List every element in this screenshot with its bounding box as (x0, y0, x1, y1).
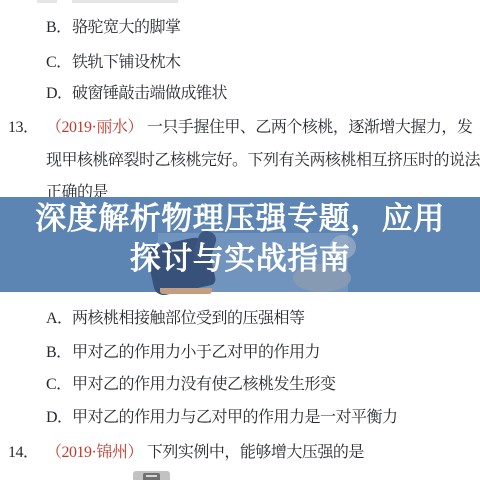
question-14-line1: 14．（2019·锦州）下列实例中，能够增大压强的是 (8, 443, 364, 462)
option-text: 铁轨下铺设枕木 (72, 54, 181, 71)
q13-option-c-row: C．甲对乙的作用力没有使乙核桃发生形变 (46, 375, 336, 394)
question-14-figure-clipped (133, 471, 170, 480)
question-text: 现甲核桃碎裂时乙核桃完好。下列有关两核桃相互挤压时的说法 (46, 152, 480, 169)
option-text: 破窗锤敲击端做成锥状 (72, 85, 227, 102)
banner-title: 深度解析物理压强专题，应用 探讨与实战指南 (0, 199, 480, 279)
q13-option-b-row: B．甲对乙的作用力小于乙对甲的作用力 (46, 343, 320, 362)
question-source-tag: （2019·丽水） (46, 119, 143, 136)
clipped-previous-line-fragment (72, 0, 178, 3)
worksheet-page: B．骆驼宽大的脚掌 C．铁轨下铺设枕木 D．破窗锤敲击端做成锥状 13．（201… (0, 0, 480, 480)
option-text: 甲对乙的作用力与乙对甲的作用力是一对平衡力 (72, 409, 398, 426)
prev-option-b-row: B．骆驼宽大的脚掌 (46, 18, 181, 37)
option-letter: C． (46, 375, 72, 394)
question-number: 13． (8, 118, 46, 137)
question-13-line2: 现甲核桃碎裂时乙核桃完好。下列有关两核桃相互挤压时的说法 (46, 151, 480, 170)
option-text: 甲对乙的作用力小于乙对甲的作用力 (72, 344, 320, 361)
option-text: 骆驼宽大的脚掌 (72, 19, 181, 36)
question-text: 一只手握住甲、乙两个核桃，逐渐增大握力，发 (147, 119, 473, 136)
option-letter: D． (46, 84, 72, 103)
question-source-tag: （2019·锦州） (46, 444, 143, 461)
question-text: 下列实例中，能够增大压强的是 (147, 444, 364, 461)
option-letter: A． (46, 309, 72, 328)
question-13-line1: 13．（2019·丽水）一只手握住甲、乙两个核桃，逐渐增大握力，发 (8, 118, 472, 137)
prev-option-c-row: C．铁轨下铺设枕木 (46, 53, 181, 72)
clipped-previous-line-fragment (37, 0, 57, 3)
promo-banner: 深度解析物理压强专题，应用 探讨与实战指南 (0, 197, 480, 292)
question-number: 14． (8, 443, 46, 462)
banner-title-line1: 深度解析物理压强专题，应用 (0, 199, 480, 239)
option-letter: C． (46, 53, 72, 72)
banner-title-line2: 探讨与实战指南 (0, 239, 480, 279)
photo-bottom-strip (160, 288, 212, 294)
q13-option-d-row: D．甲对乙的作用力与乙对甲的作用力是一对平衡力 (46, 408, 398, 427)
option-letter: B． (46, 18, 72, 37)
option-letter: D． (46, 408, 72, 427)
option-text: 两核桃相接触部位受到的压强相等 (72, 310, 305, 327)
figure-highlight (146, 475, 157, 477)
q13-option-a-row: A．两核桃相接触部位受到的压强相等 (46, 309, 305, 328)
prev-option-d-row: D．破窗锤敲击端做成锥状 (46, 84, 227, 103)
option-letter: B． (46, 343, 72, 362)
option-text: 甲对乙的作用力没有使乙核桃发生形变 (72, 376, 336, 393)
